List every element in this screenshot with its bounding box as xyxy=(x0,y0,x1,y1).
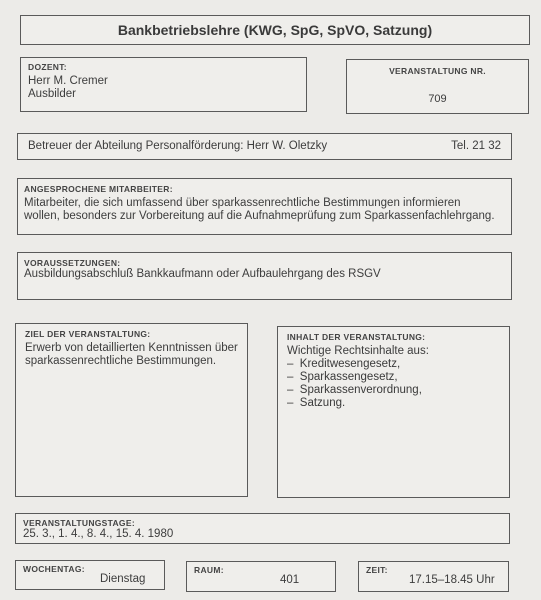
veranstaltung-nr-label: VERANSTALTUNG NR. xyxy=(347,66,528,76)
list-item: Satzung. xyxy=(287,397,500,410)
inhalt-intro: Wichtige Rechtsinhalte aus: xyxy=(287,345,500,358)
dozent-name: Herr M. Cremer xyxy=(28,75,299,88)
voraussetzungen-box: VORAUSSETZUNGEN: Ausbildungsabschluß Ban… xyxy=(17,252,512,300)
dozent-box: DOZENT: Herr M. Cremer Ausbilder xyxy=(20,57,307,112)
raum-value: 401 xyxy=(280,574,299,586)
betreuer-tel: Tel. 21 32 xyxy=(451,140,501,153)
title-box: Bankbetriebslehre (KWG, SpG, SpVO, Satzu… xyxy=(20,15,530,45)
ziel-box: ZIEL DER VERANSTALTUNG: Erwerb von detai… xyxy=(15,323,248,497)
mitarbeiter-box: ANGESPROCHENE MITARBEITER: Mitarbeiter, … xyxy=(17,178,512,235)
zeit-value: 17.15–18.45 Uhr xyxy=(409,574,495,586)
veranstaltung-nr-box: VERANSTALTUNG NR. 709 xyxy=(346,59,529,114)
list-item: Sparkassengesetz, xyxy=(287,371,500,384)
ziel-line-2: sparkassenrechtliche Bestimmungen. xyxy=(25,355,238,368)
course-title: Bankbetriebslehre (KWG, SpG, SpVO, Satzu… xyxy=(21,16,529,44)
ziel-line-1: Erwerb von detaillierten Kenntnissen übe… xyxy=(25,342,238,355)
dozent-role: Ausbilder xyxy=(28,88,299,101)
betreuer-text: Betreuer der Abteilung Personalförderung… xyxy=(28,140,327,153)
raum-box: RAUM: 401 xyxy=(186,561,336,592)
veranstaltungstage-label: VERANSTALTUNGSTAGE: xyxy=(23,518,502,528)
veranstaltungstage-box: VERANSTALTUNGSTAGE: 25. 3., 1. 4., 8. 4.… xyxy=(15,513,510,544)
inhalt-list: Kreditwesengesetz, Sparkassengesetz, Spa… xyxy=(287,358,500,410)
betreuer-box: Betreuer der Abteilung Personalförderung… xyxy=(17,133,512,160)
list-item: Kreditwesengesetz, xyxy=(287,358,500,371)
voraussetzungen-text: Ausbildungsabschluß Bankkaufmann oder Au… xyxy=(24,268,505,281)
list-item: Sparkassenverordnung, xyxy=(287,384,500,397)
dozent-label: DOZENT: xyxy=(28,62,299,72)
mitarbeiter-label: ANGESPROCHENE MITARBEITER: xyxy=(24,184,505,194)
wochentag-value: Dienstag xyxy=(100,573,145,585)
inhalt-label: INHALT DER VERANSTALTUNG: xyxy=(287,332,500,342)
mitarbeiter-line-1: Mitarbeiter, die sich umfassend über spa… xyxy=(24,197,505,210)
veranstaltung-nr-value: 709 xyxy=(347,93,528,105)
mitarbeiter-line-2: wollen, besonders zur Vorbereitung auf d… xyxy=(24,210,505,223)
ziel-label: ZIEL DER VERANSTALTUNG: xyxy=(25,329,238,339)
veranstaltungstage-value: 25. 3., 1. 4., 8. 4., 15. 4. 1980 xyxy=(23,528,502,541)
inhalt-box: INHALT DER VERANSTALTUNG: Wichtige Recht… xyxy=(277,326,510,498)
raum-label: RAUM: xyxy=(194,565,328,575)
voraussetzungen-label: VORAUSSETZUNGEN: xyxy=(24,258,505,268)
wochentag-box: WOCHENTAG: Dienstag xyxy=(15,560,165,590)
zeit-box: ZEIT: 17.15–18.45 Uhr xyxy=(358,561,509,592)
